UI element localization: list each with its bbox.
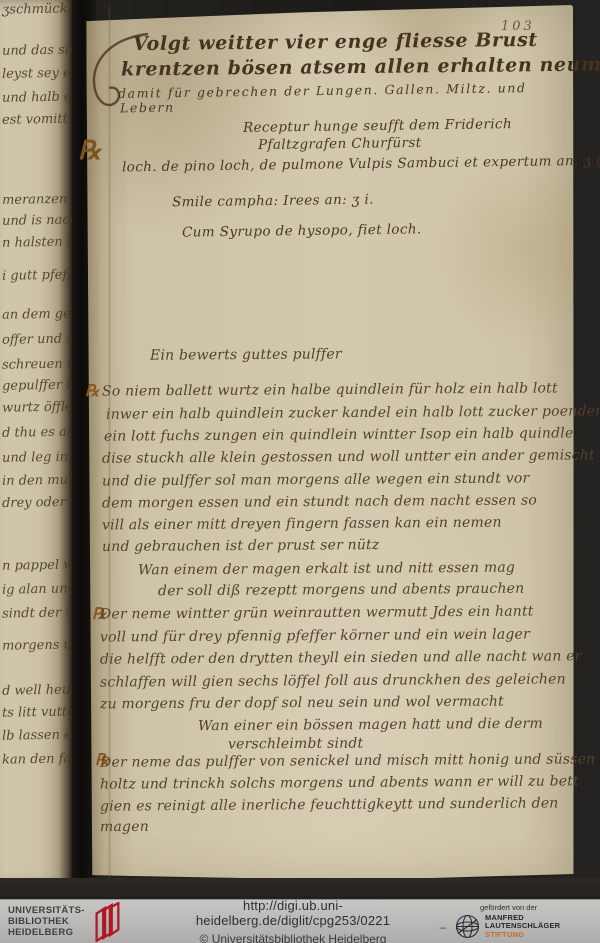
manuscript-line: und gebrauchen ist der prust ser nütz bbox=[102, 537, 380, 555]
margin-rx-sign: ℞ bbox=[85, 381, 99, 400]
manuscript-heading-line: krentzen bösen atsem allen erhalten neum bbox=[121, 53, 600, 80]
funder-brand: gefördert von der – MANFRED LAUTENSCHLÄG… bbox=[436, 903, 592, 940]
manuscript-line: So niem ballett wurtz ein halbe quindlei… bbox=[102, 380, 558, 399]
manuscript-line: voll und für drey pfennig pfeffer körner… bbox=[100, 626, 530, 645]
recipe-rx-sign: ℞ bbox=[78, 136, 101, 166]
manuscript-line: inwer ein halb quindlein zucker kandel e… bbox=[106, 403, 600, 422]
footer-bar: UNIVERSITÄTS- BIBLIOTHEK HEIDELBERG http… bbox=[0, 899, 600, 943]
manuscript-line: holtz und trinckh solchs morgens und abe… bbox=[100, 773, 579, 792]
library-name-line: HEIDELBERG bbox=[8, 927, 85, 938]
document-url[interactable]: http://digi.ub.uni-heidelberg.de/diglit/… bbox=[150, 898, 436, 928]
manuscript-line: ein lott fuchs zungen ein quindlein wint… bbox=[104, 425, 574, 444]
manuscript-recipe-line: Receptur hunge seufft dem Friderich bbox=[243, 116, 512, 136]
manuscript-line: Wan einem der magen erkalt ist und nitt … bbox=[138, 560, 515, 579]
photo-stage: ʒschmücktund das sie felleyst sey ein wu… bbox=[0, 0, 600, 899]
manuscript-line: Wan einer ein bössen magen hatt und die … bbox=[198, 716, 543, 734]
funder-globe-logo-icon bbox=[454, 913, 481, 940]
manuscript-line: verschleimbt sindt bbox=[228, 736, 363, 753]
manuscript-line: zu morgens fru der dopf sol neu sein und… bbox=[100, 694, 504, 713]
manuscript-line: Der neme wintter grün weinrautten wermut… bbox=[100, 603, 534, 622]
manuscript-line: Der neme das pulffer von senickel und mi… bbox=[100, 751, 595, 770]
funder-subtitle: STIFTUNG bbox=[485, 931, 560, 940]
manuscript-text-layer: 103 Volgt weitter vier enge fliesse Brus… bbox=[0, 0, 600, 899]
copyright-line: © Universitätsbibliothek Heidelberg bbox=[150, 932, 436, 943]
manuscript-line: und die pulffer sol man morgens alle weg… bbox=[102, 471, 529, 490]
manuscript-line: die helfft oder den drytten theyll ein s… bbox=[100, 648, 582, 667]
manuscript-subheading-line: Lebern bbox=[120, 100, 175, 116]
manuscript-recipe-line: Pfaltzgrafen Churfürst bbox=[258, 135, 422, 153]
funder-label: gefördert von der bbox=[480, 903, 537, 912]
manuscript-line: gien es reinigt alle inerliche feuchttig… bbox=[100, 795, 559, 814]
digitized-manuscript-viewer: ʒschmücktund das sie felleyst sey ein wu… bbox=[0, 0, 600, 943]
library-name-line: UNIVERSITÄTS- bbox=[8, 905, 85, 916]
funder-dash: – bbox=[436, 920, 450, 934]
manuscript-recipe-line: loch. de pino loch, de pulmone Vulpis Sa… bbox=[122, 153, 600, 176]
footer-center: http://digi.ub.uni-heidelberg.de/diglit/… bbox=[150, 898, 436, 943]
manuscript-heading-line: Volgt weitter vier enge fliesse Brust bbox=[133, 29, 538, 55]
manuscript-line: der soll diß rezeptt morgens und abents … bbox=[158, 581, 524, 600]
manuscript-line: schlaffen will gien sechs löffel foll au… bbox=[100, 671, 566, 690]
manuscript-subheading-line: damit für gebrechen der Lungen. Gallen. … bbox=[118, 80, 527, 101]
manuscript-recipe-line: Cum Syrupo de hysopo, fiet loch. bbox=[182, 221, 422, 240]
manuscript-line: dise stuckh alle klein gestossen und wol… bbox=[102, 447, 595, 466]
library-name-line: BIBLIOTHEK bbox=[8, 916, 85, 927]
library-book-logo-icon bbox=[90, 902, 124, 942]
manuscript-line: Ein bewerts guttes pulffer bbox=[150, 346, 342, 363]
manuscript-line: dem morgen essen und ein stundt nach dem… bbox=[102, 492, 537, 511]
library-brand: UNIVERSITÄTS- BIBLIOTHEK HEIDELBERG bbox=[8, 902, 150, 942]
manuscript-line: magen bbox=[100, 819, 149, 835]
manuscript-recipe-line: Smile campha: Irees an: ʒ i. bbox=[172, 192, 374, 211]
manuscript-line: vill als einer mitt dreyen fingern fasse… bbox=[102, 515, 502, 534]
